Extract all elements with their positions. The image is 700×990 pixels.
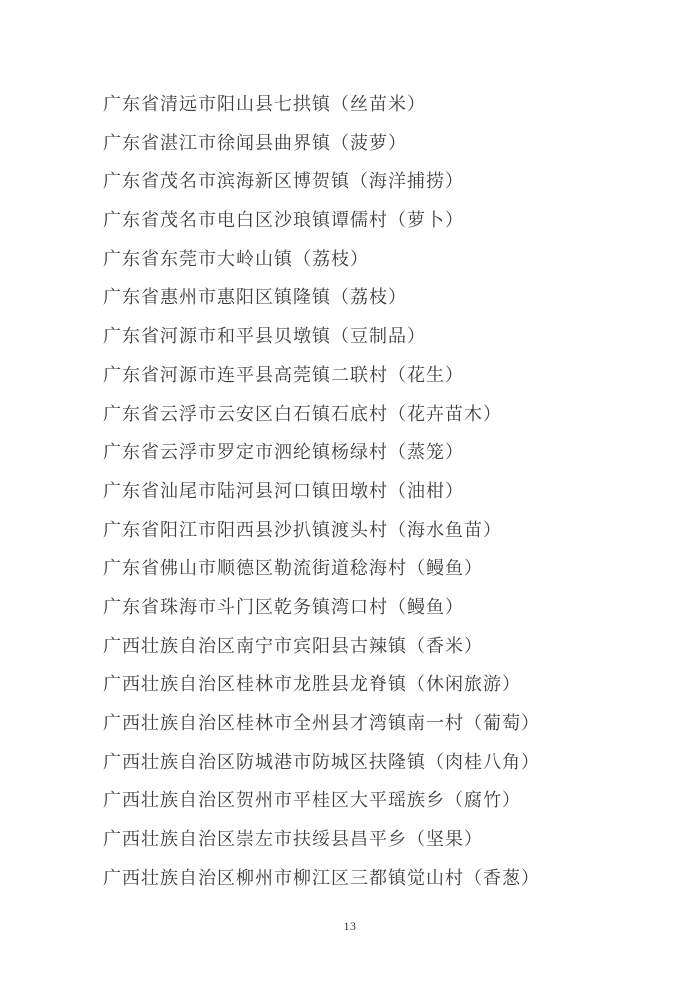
list-item: 广西壮族自治区柳州市柳江区三都镇觉山村（香葱） <box>103 859 660 898</box>
list-item: 广东省茂名市滨海新区博贺镇（海洋捕捞） <box>103 162 660 201</box>
list-item: 广西壮族自治区南宁市宾阳县古辣镇（香米） <box>103 627 660 666</box>
list-item: 广东省湛江市徐闻县曲界镇（菠萝） <box>103 124 660 163</box>
list-item: 广东省河源市和平县贝墩镇（豆制品） <box>103 317 660 356</box>
list-item: 广东省清远市阳山县七拱镇（丝苗米） <box>103 85 660 124</box>
list-item: 广西壮族自治区贺州市平桂区大平瑶族乡（腐竹） <box>103 781 660 820</box>
document-page: 广东省清远市阳山县七拱镇（丝苗米） 广东省湛江市徐闻县曲界镇（菠萝） 广东省茂名… <box>0 0 700 990</box>
list-item: 广东省云浮市罗定市泗纶镇杨绿村（蒸笼） <box>103 433 660 472</box>
entry-list: 广东省清远市阳山县七拱镇（丝苗米） 广东省湛江市徐闻县曲界镇（菠萝） 广东省茂名… <box>103 85 660 897</box>
list-item: 广东省汕尾市陆河县河口镇田墩村（油柑） <box>103 472 660 511</box>
list-item: 广东省佛山市顺德区勒流街道稔海村（鳗鱼） <box>103 549 660 588</box>
page-number: 13 <box>0 919 700 934</box>
list-item: 广西壮族自治区防城港市防城区扶隆镇（肉桂八角） <box>103 743 660 782</box>
list-item: 广东省云浮市云安区白石镇石底村（花卉苗木） <box>103 395 660 434</box>
list-item: 广西壮族自治区崇左市扶绥县昌平乡（坚果） <box>103 820 660 859</box>
list-item: 广西壮族自治区桂林市龙胜县龙脊镇（休闲旅游） <box>103 665 660 704</box>
list-item: 广东省河源市连平县高莞镇二联村（花生） <box>103 356 660 395</box>
list-item: 广东省阳江市阳西县沙扒镇渡头村（海水鱼苗） <box>103 511 660 550</box>
list-item: 广东省惠州市惠阳区镇隆镇（荔枝） <box>103 278 660 317</box>
list-item: 广西壮族自治区桂林市全州县才湾镇南一村（葡萄） <box>103 704 660 743</box>
list-item: 广东省珠海市斗门区乾务镇湾口村（鳗鱼） <box>103 588 660 627</box>
list-item: 广东省茂名市电白区沙琅镇谭儒村（萝卜） <box>103 201 660 240</box>
list-item: 广东省东莞市大岭山镇（荔枝） <box>103 240 660 279</box>
